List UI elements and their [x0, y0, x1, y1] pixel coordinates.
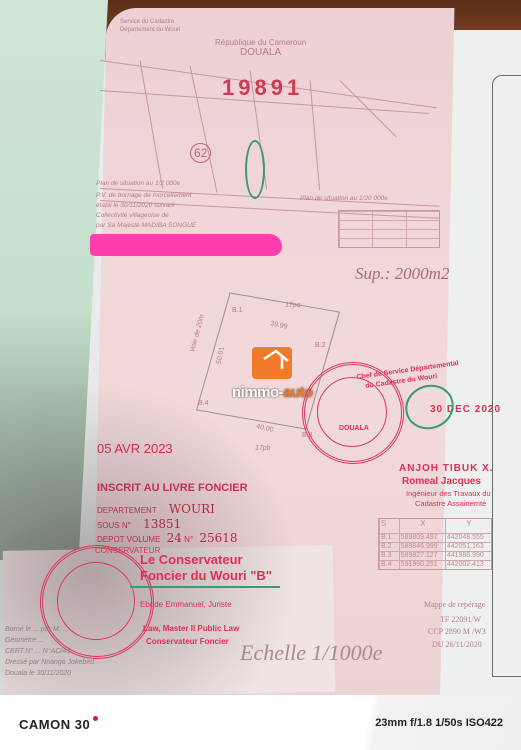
inscription-date: 05 AVR 2023: [97, 441, 173, 456]
table-row: B.3589827.127441986.990: [379, 551, 491, 560]
conservateur-line1: Le Conservateur: [140, 552, 243, 567]
table-row: B.1589809.497442048.555: [379, 533, 491, 542]
engineer-name-line1: ANJOH TIBUK X.: [399, 463, 494, 474]
mappe-title: Mappe de repérage: [424, 600, 485, 609]
corner-b4: B.4: [198, 400, 209, 407]
inscription-title: INSCRIT AU LIVRE FONCIER: [97, 482, 248, 494]
notes-block: P.V. de bornage de morcellement établi l…: [96, 191, 196, 231]
top-coordinate-table: [338, 210, 440, 248]
mappe-tf: TF 22091/W: [440, 615, 481, 624]
map-caption-right: Plan de situation au 1/20 000e: [300, 195, 388, 202]
right-page-frame: [492, 75, 521, 677]
inscription-number: SOUS N° 13851: [97, 517, 181, 531]
green-signature-left: [130, 572, 280, 588]
neighbor-top: 17pa: [285, 302, 301, 309]
surface-area: Sup.: 2000m2: [355, 264, 449, 284]
header-left: Service du Cadastre Département du Wouri: [120, 18, 180, 34]
conservateur-title: Conservateur Foncier: [146, 637, 229, 646]
nimmo-auto-logo-text: nimmo-auto: [232, 384, 313, 401]
neighbor-bottom: 17pb: [255, 445, 271, 452]
red-dot-icon: [93, 716, 98, 721]
header-center: République du Cameroun DOUALA: [215, 38, 306, 58]
inscription-department: DEPARTEMENT WOURI: [97, 502, 215, 516]
redaction-mark: [90, 234, 282, 256]
map-caption-left: Plan de situation au 1/2 000e: [96, 180, 180, 187]
douala-seal: DOUALA: [302, 362, 404, 464]
conservateur-name: Ebode Emmanuel, Juriste: [140, 600, 232, 609]
photo-scene: Service du Cadastre Département du Wouri…: [0, 0, 521, 695]
table-row: B.4591990.251442002.413: [379, 560, 491, 569]
nimmo-auto-logo-icon: [252, 347, 292, 379]
engineer-title-line2: Cadastre Assainemté: [415, 499, 486, 508]
camera-brand: CAMON 30: [19, 716, 98, 732]
mappe-du: DU 26/11/2020: [432, 640, 482, 649]
corner-b2: B.2: [315, 342, 326, 349]
engineer-title-line1: Ingénieur des Travaux du: [406, 489, 491, 498]
coordinate-table: S X Y B.1589809.497442048.555 B.2589846.…: [378, 518, 492, 570]
conservateur-degree: Law, Master II Public Law: [143, 624, 239, 633]
parcel-number: 19891: [222, 75, 303, 101]
table-row: B.2589846.999442051.163: [379, 542, 491, 551]
green-cover-page: [0, 0, 108, 560]
corner-b1: B.1: [232, 307, 243, 314]
engineer-name-line2: Romeal Jacques: [402, 476, 481, 487]
camera-exif: 23mm f/1.8 1/50s ISO422: [375, 717, 503, 729]
green-pen-mark: [245, 140, 265, 199]
bottom-left-notes: Borné le ... par M. ... Géomètre ... CER…: [5, 624, 94, 679]
scale-label: Echelle 1/1000e: [240, 640, 382, 666]
inscription-deposit: DEPOT VOLUME 24 N° 25618: [97, 531, 238, 545]
mappe-ccp: CCP 2890 M /W3: [428, 627, 486, 636]
